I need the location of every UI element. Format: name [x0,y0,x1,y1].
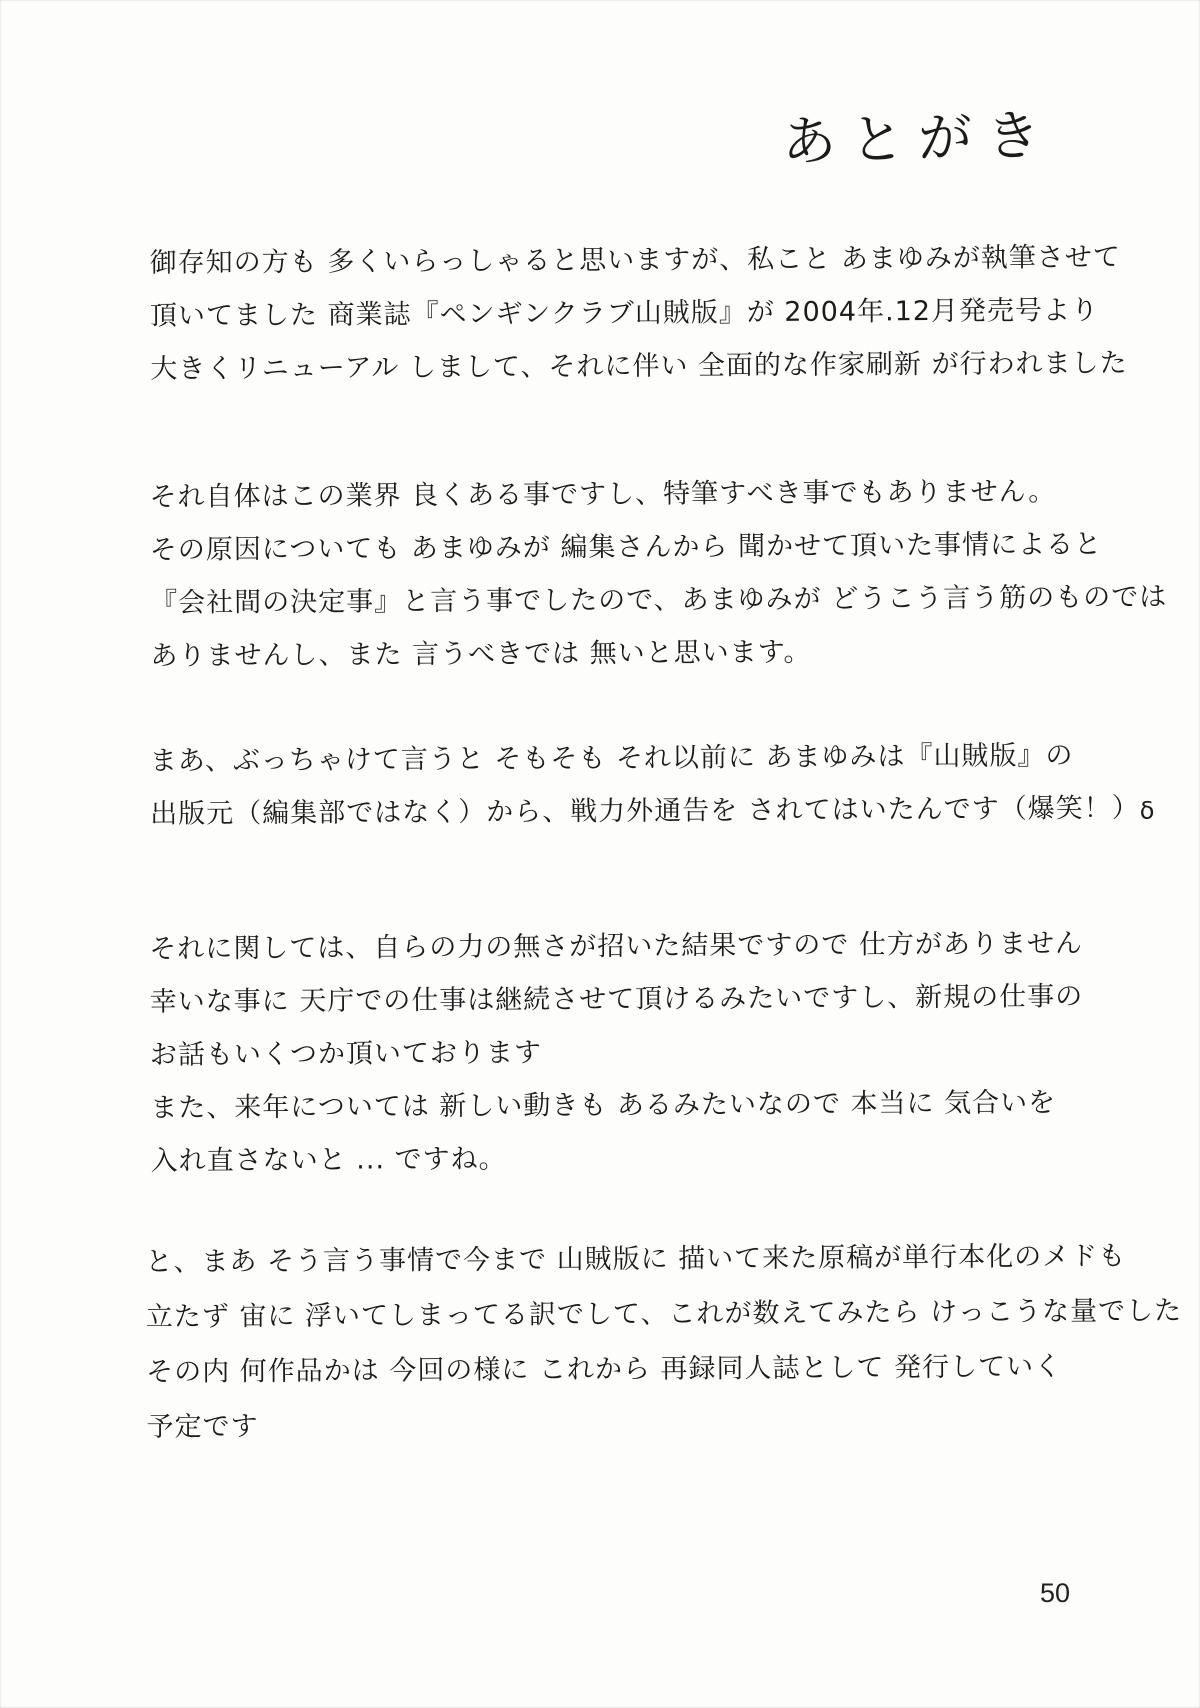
handwritten-line-text: 出版元（編集部ではなく）から、戦力外通告を されてはいたんです（爆笑！） [150,793,1140,830]
handwritten-line: それ自体はこの業界 良くある事ですし、特筆すべき事でもありません。 [149,465,1069,524]
handwritten-line: 立たず 宙に 浮いてしまってる訳でして、これが数えてみたら けっこうな量でした [146,1284,1066,1345]
paragraph-outlook: それに関しては、自らの力の無さが招いた結果ですので 仕方がありません 幸いな事に… [149,917,1071,1188]
sweat-drop-icon: δ [1140,785,1156,838]
handwritten-line: 御存知の方も 多くいらっしゃると思いますが、私こと あまゆみが執筆させて [150,231,1070,290]
handwritten-line: 幸いな事に 天庁での仕事は継続させて頂けるみたいですし、新規の仕事の [150,970,1070,1029]
paragraph-plans: と、まあ そう言う事情で今まで 山賊版に 描いて来た原稿が単行本化のメドも 立た… [145,1229,1066,1455]
handwritten-line: その原因についても あまゆみが 編集さんから 聞かせて頂いた事情によると [150,518,1070,577]
handwritten-line: その内 何作品かは 今回の様に これから 再録同人誌として 発行していく [146,1339,1066,1400]
paragraph-explanation: それ自体はこの業界 良くある事ですし、特筆すべき事でもありません。 その原因につ… [149,465,1070,683]
paragraph-intro: 御存知の方も 多くいらっしゃると思いますが、私こと あまゆみが執筆させて 頂いて… [150,231,1071,396]
handwritten-line: また、来年については 新しい動きも あるみたいなので 本当に 気合いを [150,1076,1070,1135]
handwritten-line: 頂いてました 商業誌『ペンギンクラブ山賊版』が 2004年.12月発売号より [150,284,1070,343]
handwritten-line: 『会社間の決定事』と言う事でしたので、あまゆみが どうこう言う筋のものでは [150,571,1070,630]
handwritten-line: と、まあ そう言う事情で今まで 山賊版に 描いて来た原稿が単行本化のメドも [145,1229,1065,1290]
handwritten-line: 入れ直さないと ... ですね。 [150,1129,1070,1188]
handwritten-line: まあ、ぶっちゃけて言うと そもそも それ以前に あまゆみは『山賊版』の [150,729,1070,788]
handwritten-line: それに関しては、自らの力の無さが招いた結果ですので 仕方がありません [149,917,1069,976]
page-number: 50 [1040,1578,1070,1609]
handwritten-line: お話もいくつか頂いております [150,1023,1070,1082]
handwritten-line: 出版元（編集部ではなく）から、戦力外通告を されてはいたんです（爆笑！）δ [150,782,1070,841]
paragraph-confession: まあ、ぶっちゃけて言うと そもそも それ以前に あまゆみは『山賊版』の 出版元（… [150,729,1071,841]
scanned-afterword-page: あとがき 御存知の方も 多くいらっしゃると思いますが、私こと あまゆみが執筆させ… [0,0,1200,1708]
handwritten-line: 予定です [146,1394,1066,1455]
handwritten-line: ありませんし、また 言うべきでは 無いと思います。 [150,624,1070,683]
page-title: あとがき [781,92,1055,176]
handwritten-line: 大きくリニューアル しまして、それに伴い 全面的な作家刷新 が行われました [150,337,1070,396]
